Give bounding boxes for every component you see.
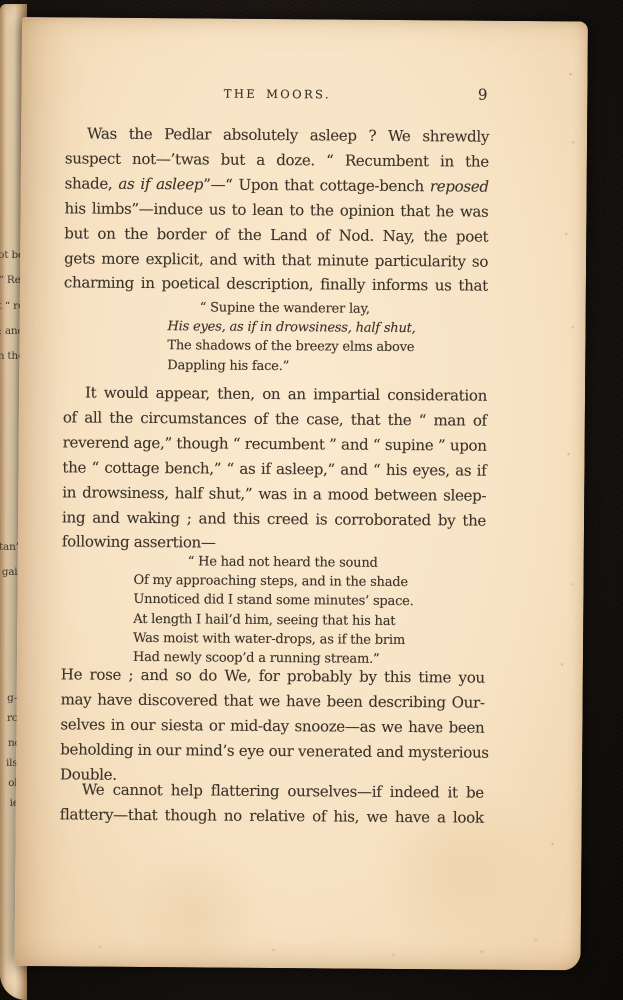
text-segment: “ He had not heard the sound xyxy=(188,554,378,570)
paragraph-line: flattery—that though no relative of his,… xyxy=(60,802,484,830)
paragraph-line: selves in our siesta or mid-day snooze—a… xyxy=(60,712,484,740)
paragraph-line: Was the Pedlar absolutely asleep ? We sh… xyxy=(65,121,489,149)
text-segment: gets more explicit, and with that minute… xyxy=(64,249,488,270)
paragraph-line: ing and waking ; and this creed is corro… xyxy=(62,505,486,533)
text-segment: ing and waking ; and this creed is corro… xyxy=(62,508,486,529)
text-segment: selves in our siesta or mid-day snooze—a… xyxy=(60,715,484,736)
paragraph-block: Was the Pedlar absolutely asleep ? We sh… xyxy=(64,121,489,299)
text-segment: Was the Pedlar absolutely asleep ? We sh… xyxy=(87,125,489,146)
verse-block: “ Supine the wanderer lay,His eyes, as i… xyxy=(167,298,416,377)
paragraph-line: shade, as if asleep”—“ Upon that cottage… xyxy=(65,171,489,199)
verse-line: At length I hail’d him, seeing that his … xyxy=(133,610,413,631)
text-segment: Unnoticed did I stand some minutes’ spac… xyxy=(133,592,413,609)
verse-block: “ He had not heard the soundOf my approa… xyxy=(133,552,414,669)
page-number: 9 xyxy=(478,86,488,104)
paragraph-line: his limbs”—induce us to lean to the opin… xyxy=(64,196,488,224)
paragraph-line: but on the border of the Land of Nod. Na… xyxy=(64,221,488,249)
text-segment: Dappling his face.” xyxy=(167,358,289,374)
paragraph-line: He rose ; and so do We, for probably by … xyxy=(61,662,485,690)
running-head: THE MOORS. xyxy=(65,85,489,102)
book-page: THE MOORS. 9 Was the Pedlar absolutely a… xyxy=(15,17,588,970)
verse-line: Unnoticed did I stand some minutes’ spac… xyxy=(133,590,413,611)
text-segment: Was moist with water-drops, as if the br… xyxy=(133,631,405,648)
verse-line: His eyes, as if in drowsiness, half shut… xyxy=(167,317,415,338)
verse-line: Dappling his face.” xyxy=(167,356,415,377)
paragraph-line: reverend age,” though “ recumbent ” and … xyxy=(63,430,487,458)
text-segment: beholding in our mind’s eye our venerate… xyxy=(60,740,489,761)
verse-line: Of my approaching steps, and in the shad… xyxy=(134,571,414,592)
text-segment: It would appear, then, on an impartial c… xyxy=(85,384,487,405)
text-segment: reverend age,” though “ recumbent ” and … xyxy=(63,433,487,454)
paragraph-line: We cannot help flattering ourselves—if i… xyxy=(60,777,484,805)
paragraph-line: It would appear, then, on an impartial c… xyxy=(63,380,487,408)
verse-line: “ He had not heard the sound xyxy=(134,552,414,573)
text-segment: He rose ; and so do We, for probably by … xyxy=(61,665,485,686)
paragraph-block: We cannot help flattering ourselves—if i… xyxy=(60,777,484,830)
text-segment: in drowsiness, half shut,” was in a mood… xyxy=(62,483,486,504)
italic-text-segment: as if asleep xyxy=(118,175,203,194)
text-segment: following assertion— xyxy=(62,533,216,552)
paragraph-line: suspect not—’twas but a doze. “ Recumben… xyxy=(65,146,489,174)
italic-text-segment: His eyes, as if in drowsiness, half shut… xyxy=(168,319,416,336)
text-segment: suspect not—’twas but a doze. “ Recumben… xyxy=(65,149,489,170)
paragraph-line: gets more explicit, and with that minute… xyxy=(64,246,488,274)
paragraph-line: of all the circumstances of the case, th… xyxy=(63,405,487,433)
text-segment: ”—“ Upon that cottage-bench xyxy=(203,175,430,195)
paragraph-line: in drowsiness, half shut,” was in a mood… xyxy=(62,480,486,508)
text-segment: charming in poetical description, finall… xyxy=(64,274,488,295)
text-segment: of all the circumstances of the case, th… xyxy=(63,408,487,429)
paragraph-line: charming in poetical description, finall… xyxy=(64,271,488,299)
italic-text-segment: reposed xyxy=(430,177,489,195)
text-segment: may have discovered that we have been de… xyxy=(61,690,485,711)
page-surface: THE MOORS. 9 Was the Pedlar absolutely a… xyxy=(15,17,588,970)
paragraph-block: It would appear, then, on an impartial c… xyxy=(62,380,487,558)
text-segment: the “ cottage bench,” “ as if asleep,” a… xyxy=(62,458,486,479)
text-segment: Of my approaching steps, and in the shad… xyxy=(134,573,408,590)
paragraph-line: beholding in our mind’s eye our venerate… xyxy=(60,737,484,765)
paragraph-line: the “ cottage bench,” “ as if asleep,” a… xyxy=(62,455,486,483)
text-segment: The shadows of the breezy elms above xyxy=(167,339,414,356)
verse-line: “ Supine the wanderer lay, xyxy=(168,298,416,319)
text-segment: We cannot help flattering ourselves—if i… xyxy=(82,780,484,801)
page-text: THE MOORS. 9 Was the Pedlar absolutely a… xyxy=(59,17,490,969)
verse-line: Was moist with water-drops, as if the br… xyxy=(133,629,413,650)
text-segment: “ Supine the wanderer lay, xyxy=(200,300,370,316)
text-segment: flattery—that though no relative of his,… xyxy=(60,805,484,826)
text-segment: his limbs”—induce us to lean to the opin… xyxy=(64,199,488,220)
text-segment: shade, xyxy=(65,174,119,192)
paragraph-line: may have discovered that we have been de… xyxy=(61,687,485,715)
verse-line: The shadows of the breezy elms above xyxy=(167,337,415,358)
book-photo-scene: not be“ Re-t “ re; andin thetan’sgaing—r… xyxy=(0,0,623,1000)
text-segment: At length I hail’d him, seeing that his … xyxy=(133,612,395,629)
text-segment: but on the border of the Land of Nod. Na… xyxy=(64,224,488,245)
foxing-specks xyxy=(22,17,24,19)
paragraph-block: He rose ; and so do We, for probably by … xyxy=(60,662,485,790)
